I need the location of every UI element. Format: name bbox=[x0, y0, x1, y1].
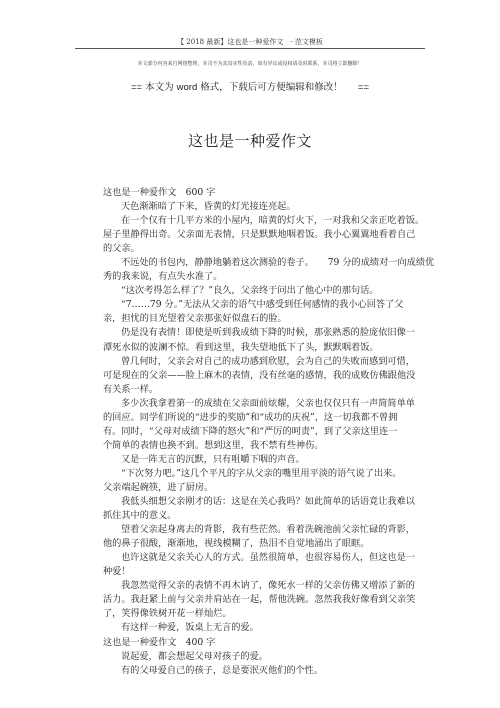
body-line: 有。同时，“父母对成绩下降的怒火”和“严厉的呵责”，到了父亲这里连一 bbox=[103, 425, 403, 439]
body-line: 有的父母爱自己的孩子，总是要泯灭他们的个性。 bbox=[103, 664, 403, 678]
body-line: 曾几何时，父亲会对自己的成功感到欣慰，会为自己的失败而感到可惜， bbox=[103, 355, 403, 369]
body-line: 潭死水似的波澜不惊。看到这里，我失望地低下了头，默默咽着饭。 bbox=[103, 341, 403, 355]
body-line: 有关系一样。 bbox=[103, 383, 403, 397]
body-line: 这也是一种爱作文 600 字 bbox=[103, 186, 403, 200]
body-line: 多少次我拿着第一的成绩在父亲面前炫耀，父亲也仅仅只有一声简简单单 bbox=[103, 397, 403, 411]
document-body: 这也是一种爱作文 600 字天色渐渐暗了下来，昏黄的灯光接连亮起。在一个仅有十几… bbox=[103, 186, 403, 678]
body-line: 有这样一种爱，饭桌上无言的爱。 bbox=[103, 621, 403, 635]
body-line: “下次努力吧。”这几个平凡的字从父亲的嘴里用平淡的语气说了出来。 bbox=[103, 467, 403, 481]
body-line: 屋子里静得出奇。父亲面无表情，只是默默地咽着饭。我小心翼翼地看着自己 bbox=[103, 228, 403, 242]
body-line: 种爱！ bbox=[103, 565, 403, 579]
page-header: 【 2018 最新】这也是一种爱作文 - 范文模板 bbox=[0, 38, 500, 47]
notice-format: word bbox=[177, 82, 198, 93]
body-line: 他的鼻子很酸，渐渐地，视线模糊了，热泪不自觉地涌出了眼眶。 bbox=[103, 537, 403, 551]
body-line: 这也是一种爱作文 400 字 bbox=[103, 636, 403, 650]
body-line: 说起爱，都会想起父母对孩子的爱。 bbox=[103, 650, 403, 664]
document-title: 这也是一种爱作文 bbox=[0, 132, 500, 150]
body-line: 抓住其中的意义。 bbox=[103, 509, 403, 523]
disclaimer-text: 本文部分内容来自网络整理，本司不为其真实性负责，如有异议或侵权请及时联系，本司将… bbox=[0, 61, 500, 68]
body-line: 亲，担忧的目光望着父亲那张好似盘石的脸。 bbox=[103, 312, 403, 326]
body-line: 可是现在的父亲——脸上麻木的表情，没有丝毫的感情，我的成败仿佛跟他没 bbox=[103, 369, 403, 383]
notice-prefix: 本文为 bbox=[145, 82, 174, 93]
body-line: 了，笑得像铁树开花一样灿烂。 bbox=[103, 607, 403, 621]
body-line: 秀的我来说，有点失水准了。 bbox=[103, 270, 403, 284]
body-line: 的回应。同学们所说的“进步的奖励”和“成功的庆祝”，这一切我都不曾拥 bbox=[103, 411, 403, 425]
body-line: 父亲端起碗筷，进了厨房。 bbox=[103, 481, 403, 495]
body-line: 在一个仅有十几平方米的小屋内，暗黄的灯火下，一对我和父亲正吃着饭。 bbox=[103, 214, 403, 228]
body-line: 仍是没有表情！即使是听到我成绩下降的时候，那张熟悉的脸庞依旧像一 bbox=[103, 326, 403, 340]
notice-right-marker: == bbox=[358, 82, 369, 93]
notice-left-marker: == bbox=[131, 82, 142, 93]
body-line: 又是一阵无言的沉默，只有咀嚼下咽的声音。 bbox=[103, 453, 403, 467]
word-format-notice: == 本文为 word 格式，下载后可方便编辑和修改！ == bbox=[0, 82, 500, 94]
body-line: 的父亲。 bbox=[103, 242, 403, 256]
notice-suffix: 格式，下载后可方便编辑和修改！ bbox=[200, 82, 343, 93]
body-line: 我忽然觉得父亲的表情不再木讷了，像死水一样的父亲仿佛又增添了新的 bbox=[103, 579, 403, 593]
body-line: “这次考得怎么样了？”良久，父亲终于问出了他心中的那句话。 bbox=[103, 284, 403, 298]
body-line: 望着父亲起身离去的背影，我有些茫然。看着洗碗池前父亲忙碌的背影， bbox=[103, 523, 403, 537]
body-line: 我低头细想父亲刚才的话：这是在关心我吗？如此简单的话语竟让我难以 bbox=[103, 495, 403, 509]
body-line: 天色渐渐暗了下来，昏黄的灯光接连亮起。 bbox=[103, 200, 403, 214]
body-line: 活力。我赶紧上前与父亲并肩站在一起，帮他洗碗。忽然我我好像看到父亲笑 bbox=[103, 593, 403, 607]
body-line: “7……79 分。”无法从父亲的语气中感受到任何感情的我小心回答了父 bbox=[103, 298, 403, 312]
body-line: 也许这就是父亲关心人的方式。虽然很简单，也很容易伤人，但这也是一 bbox=[103, 551, 403, 565]
header-divider bbox=[75, 48, 425, 49]
body-line: 不远处的书包内，静静地躺着这次测验的卷子。 79 分的成绩对一向成绩优 bbox=[103, 256, 403, 270]
body-line: 个简单的表情也换不到。想到这里，我不禁有些神伤。 bbox=[103, 439, 403, 453]
